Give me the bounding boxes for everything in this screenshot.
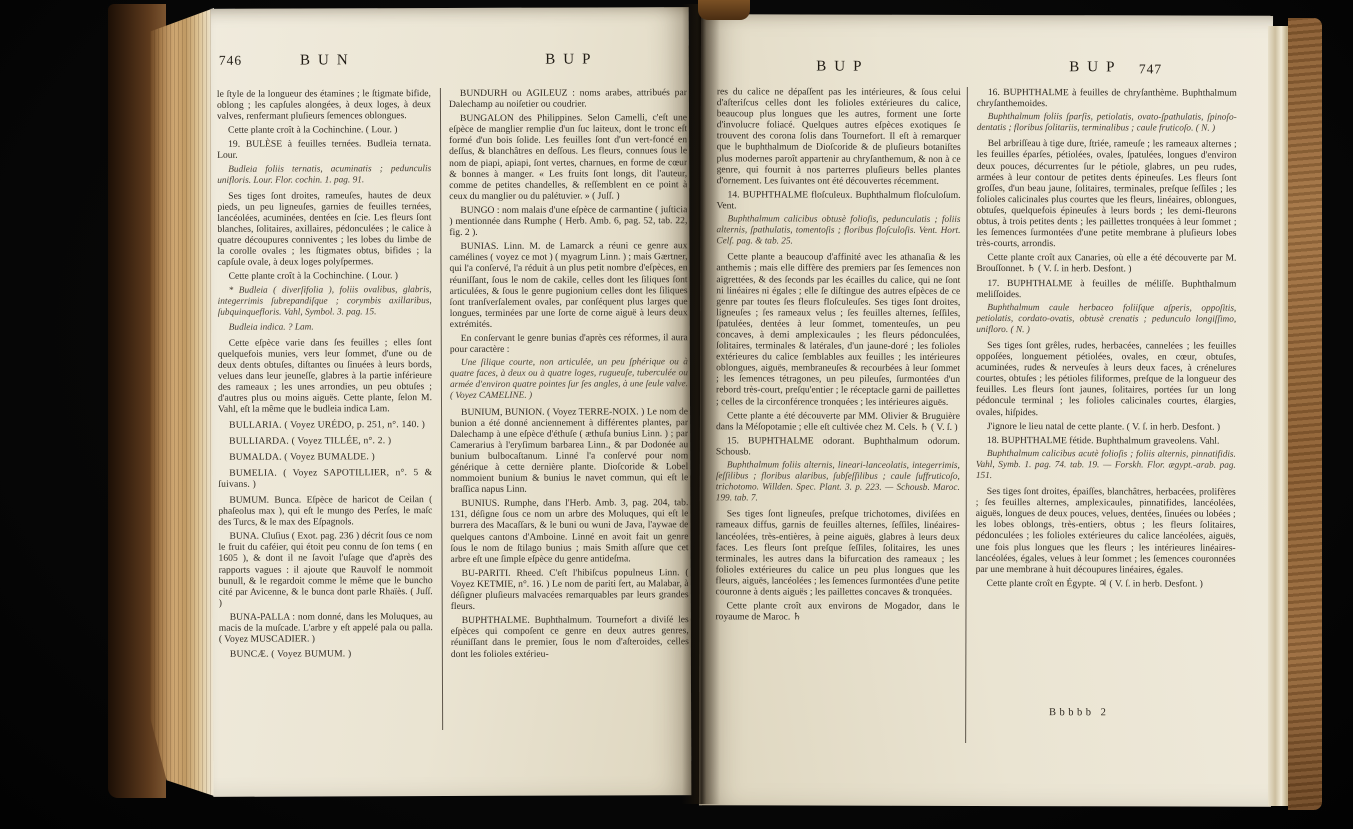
- paragraph: Buphthalmum calicibus acutè folioſis ; f…: [976, 449, 1236, 483]
- paragraph: Cette eſpèce varie dans ſes feuilles ; e…: [218, 337, 432, 415]
- paragraph: 14. BUPHTHALME floſculeux. Buphthalmum f…: [717, 189, 961, 212]
- paragraph: BUNIUM, BUNION. ( Voyez TERRE-NOIX. ) Le…: [450, 406, 688, 496]
- paragraph: Ses tiges ſont droites, épaiſſes, blanch…: [976, 486, 1236, 575]
- paragraph: Ses tiges ſont droites, rameuſes, hautes…: [217, 190, 431, 268]
- paragraph: Cette plante croît à la Cochinchine. ( L…: [217, 124, 431, 136]
- left-page-column-1: le ſtyle de la longueur des étamines ; l…: [217, 88, 433, 739]
- paragraph: res du calice ne dépaſſent pas les intér…: [717, 86, 961, 186]
- paragraph: 15. BUPHTHALME odorant. Buphthalmum odor…: [716, 435, 960, 458]
- column-divider-right: [965, 87, 968, 743]
- paragraph: BUNGALON des Philippines. Selon Camelli,…: [449, 112, 687, 202]
- paragraph: BUNCÆ. ( Voyez BUMUM. ): [219, 648, 433, 660]
- paragraph: BU-PARITI. Rheed. C'eſt l'hibiſcus popul…: [451, 567, 689, 612]
- paragraph: Cette plante a été découverte par MM. Ol…: [716, 410, 960, 433]
- right-page: BUP BUP 747 res du calice ne dépaſſent p…: [699, 14, 1273, 806]
- paragraph: Cette plante croît aux environs de Mogad…: [715, 600, 959, 623]
- paragraph: 16. BUPHTHALME à feuilles de chryſanthèm…: [977, 87, 1237, 110]
- paragraph: En conſervant le genre bunias d'après ce…: [450, 332, 688, 355]
- paragraph: BUNA. Cluſius ( Exot. pag. 236 ) décrit …: [218, 530, 432, 608]
- paragraph: Cette plante a beaucoup d'affinité avec …: [716, 252, 960, 408]
- paragraph: Ses tiges ſont grêles, rudes, herbacées,…: [976, 340, 1236, 418]
- right-page-column-1: res du calice ne dépaſſent pas les intér…: [715, 86, 961, 753]
- left-page: 746 BUN BUP le ſtyle de la longueur des …: [211, 7, 692, 797]
- paragraph: Une ſilique courte, non articulée, un pe…: [450, 357, 688, 402]
- running-head-bup-left: BUP: [449, 51, 687, 69]
- paragraph: Budleia indica. ? Lam.: [218, 322, 432, 334]
- paragraph: Ses tiges ſont ligneuſes, preſque tricho…: [716, 509, 960, 598]
- paragraph: BUMUM. Bunca. Eſpèce de haricot de Ceila…: [218, 494, 432, 528]
- book-headband: [698, 0, 750, 20]
- paragraph: 19. BULÈSE à feuilles ternées. Budleia t…: [217, 138, 431, 161]
- paragraph: BULLIARDA. ( Voyez TILLÉE, n°. 2. ): [218, 435, 432, 447]
- paragraph: BUNGO : nom malais d'une eſpèce de carma…: [449, 204, 687, 238]
- page-number-right: 747: [1139, 61, 1162, 77]
- paragraph: Cette plante croît aux Canaries, où elle…: [976, 252, 1236, 275]
- paragraph: BUMALDA. ( Voyez BUMALDE. ): [218, 451, 432, 463]
- right-page-column-2: 16. BUPHTHALME à feuilles de chryſanthèm…: [975, 87, 1237, 754]
- running-head-bun: BUN: [217, 52, 431, 70]
- page-edges-left: [150, 8, 214, 796]
- book-cover-right: [1288, 18, 1322, 810]
- paragraph: Buphthalmum foliis alternis, lineari-lan…: [716, 460, 960, 505]
- paragraph: Bel arbriſſeau à tige dure, ſtriée, rame…: [976, 138, 1236, 250]
- paragraph: BUNIUS. Rumphe, dans l'Herb. Amb. 3, pag…: [450, 497, 688, 564]
- paragraph: Buphthalmum foliis ſparſis, petiolatis, …: [977, 112, 1237, 135]
- paragraph: BULLARIA. ( Voyez URÉDO, p. 251, n°. 140…: [218, 419, 432, 431]
- paragraph: 17. BUPHTHALME à feuilles de méliſſe. Bu…: [976, 277, 1236, 300]
- paragraph: BUNIAS. Linn. M. de Lamarck a réuni ce g…: [449, 240, 687, 330]
- running-head-bup-right-1: BUP: [717, 58, 961, 76]
- paragraph: Buphthalmum calicibus obtusè folioſis, p…: [716, 214, 960, 248]
- running-head-bup-right-2: BUP: [967, 59, 1217, 77]
- paragraph: 18. BUPHTHALME fétide. Buphthalmum grave…: [976, 435, 1236, 447]
- paragraph: * Budleia ( diverſifolia ), foliis ovali…: [218, 285, 432, 319]
- paragraph: Budleia foliis ternatis, acuminatis ; pe…: [217, 164, 431, 187]
- paragraph: Buphthalmum caule herbaceo foliiſque aſp…: [976, 303, 1236, 337]
- paragraph: BUNDURH ou AGILEUZ : noms arabes, attrib…: [449, 87, 687, 110]
- paragraph: BUMELIA. ( Voyez SAPOTILLIER, n°. 5 & ſu…: [218, 467, 432, 490]
- column-divider-left: [440, 88, 443, 730]
- paragraph: J'ignore le lieu natal de cette plante. …: [976, 421, 1236, 433]
- left-page-column-2: BUNDURH ou AGILEUZ : noms arabes, attrib…: [449, 87, 689, 738]
- paragraph: Cette plante croît en Égypte. ♃ ( V. ſ. …: [976, 578, 1236, 590]
- open-book-photo: 746 BUN BUP le ſtyle de la longueur des …: [0, 0, 1353, 829]
- paragraph: le ſtyle de la longueur des étamines ; l…: [217, 88, 431, 122]
- paragraph: Cette plante croît à la Cochinchine. ( L…: [218, 270, 432, 282]
- paragraph: BUNA-PALLA : nom donné, dans les Moluque…: [219, 611, 433, 645]
- paragraph: BUPHTHALME. Buphthalmum. Tournefort a di…: [451, 614, 689, 659]
- signature-mark: Bbbbb 2: [989, 707, 1169, 718]
